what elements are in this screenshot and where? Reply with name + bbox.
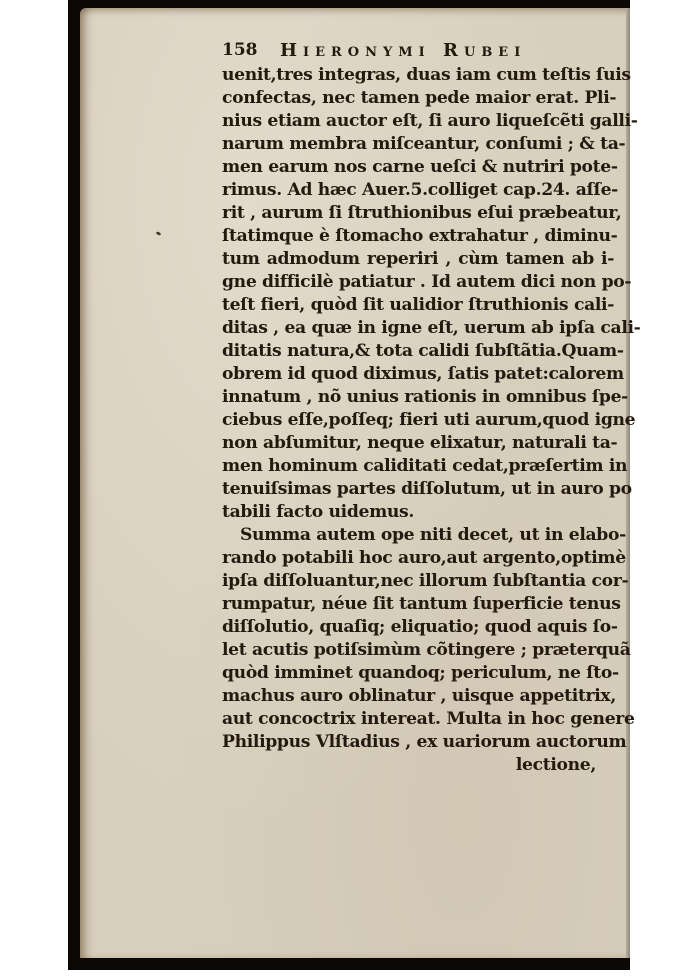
- text-line: ſtatimque è ſtomacho extrahatur , diminu…: [222, 225, 614, 248]
- page-number: 158: [222, 40, 258, 60]
- text-line: rimus. Ad hæc Auer.5.colliget cap.24. aſ…: [222, 179, 614, 202]
- text-line: men earum nos carne ueſci & nutriri pote…: [222, 156, 614, 179]
- text-line: Philippus Vlſtadius , ex uariorum auctor…: [222, 731, 614, 754]
- text-line: uenit,tres integras, duas iam cum teſtis…: [222, 64, 614, 87]
- text-line: ciebus eſſe,poſſeq; fieri uti aurum,quod…: [222, 409, 614, 432]
- paragraph-start-line: Summa autem ope niti decet, ut in elabo-: [222, 524, 614, 547]
- text-line: aut concoctrix intereat. Multa in hoc ge…: [222, 708, 614, 731]
- running-head-title: Hieronymi Rubei: [280, 40, 526, 61]
- text-line: obrem id quod diximus, ſatis patet:calor…: [222, 363, 614, 386]
- text-line: innatum , nõ unius rationis in omnibus ſ…: [222, 386, 614, 409]
- text-line: narum membra miſceantur, conſumi ; & ta-: [222, 133, 614, 156]
- text-line: men hominum caliditati cedat,præſertim i…: [222, 455, 614, 478]
- text-line: rumpatur, néue ſit tantum ſuperficie ten…: [222, 593, 614, 616]
- page-text: 158 Hieronymi Rubei uenit,tres integras,…: [222, 40, 614, 777]
- text-line: tenuiſsimas partes diſſolutum, ut in aur…: [222, 478, 614, 501]
- text-line: rit , aurum ſi ſtruthionibus eſui præbea…: [222, 202, 614, 225]
- text-line: ditatis natura,& tota calidi ſubſtãtia.Q…: [222, 340, 614, 363]
- running-head: 158 Hieronymi Rubei: [222, 40, 614, 64]
- text-line: confectas, nec tamen pede maior erat. Pl…: [222, 87, 614, 110]
- text-line: ipſa diſſoluantur,nec illorum ſubſtantia…: [222, 570, 614, 593]
- text-line: gne difficilè patiatur . Id autem dici n…: [222, 271, 614, 294]
- text-line: teſt fieri, quòd ſit ualidior ſtruthioni…: [222, 294, 614, 317]
- text-line: let acutis potiſsimùm cõtingere ; præter…: [222, 639, 614, 662]
- text-line: rando potabili hoc auro,aut argento,opti…: [222, 547, 614, 570]
- text-line: machus auro oblinatur , uisque appetitri…: [222, 685, 614, 708]
- text-line: tabili facto uidemus.: [222, 501, 614, 524]
- text-line: ditas , ea quæ in igne eſt, uerum ab ipſ…: [222, 317, 614, 340]
- text-line: nius etiam auctor eſt, ſi auro liqueſcẽt…: [222, 110, 614, 133]
- text-line: tum admodum reperiri , cùm tamen ab i-: [222, 248, 614, 271]
- text-line: quòd imminet quandoq; periculum, ne ſto-: [222, 662, 614, 685]
- text-line: non abſumitur, neque elixatur, naturali …: [222, 432, 614, 455]
- text-line: diſſolutio, quaſiq; eliquatio; quod aqui…: [222, 616, 614, 639]
- catchword: lectione,: [222, 754, 614, 777]
